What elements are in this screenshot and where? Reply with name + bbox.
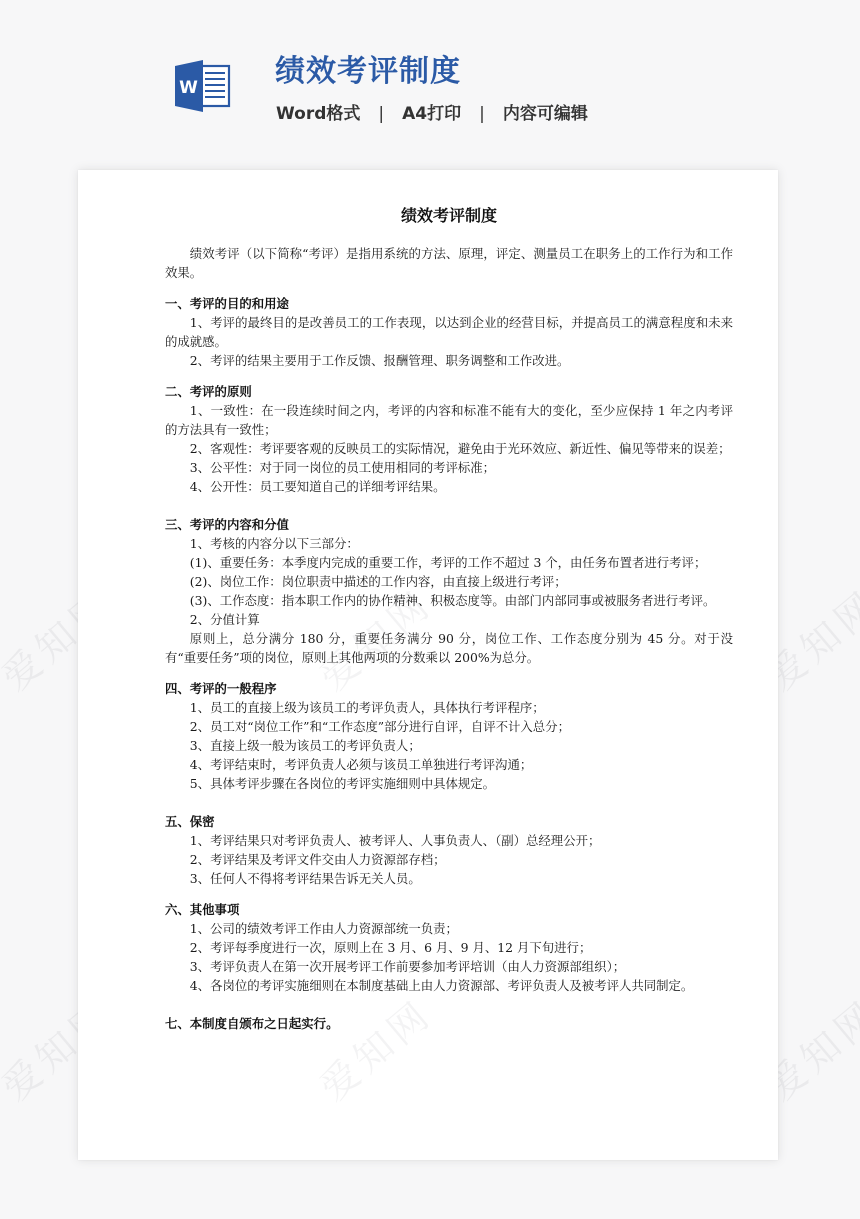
word-document-icon: W bbox=[175, 60, 231, 112]
list-item: 1、考评结果只对考评负责人、被考评人、人事负责人、（副）总经理公开； bbox=[165, 831, 733, 850]
list-item: 2、员工对“岗位工作”和“工作态度”部分进行自评，自评不计入总分； bbox=[165, 717, 733, 736]
list-item: 3、直接上级一般为该员工的考评负责人； bbox=[165, 736, 733, 755]
list-item: 4、各岗位的考评实施细则在本制度基础上由人力资源部、考评负责人及被考评人共同制定… bbox=[165, 976, 733, 995]
section-procedure: 四、考评的一般程序 1、员工的直接上级为该员工的考评负责人，具体执行考评程序； … bbox=[165, 679, 733, 793]
section-heading: 七、本制度自颁布之日起实行。 bbox=[165, 1014, 733, 1033]
list-item: 5、具体考评步骤在各岗位的考评实施细则中具体规定。 bbox=[165, 774, 733, 793]
section-heading: 六、其他事项 bbox=[165, 900, 733, 919]
banner-subtitle: Word格式 | A4打印 | 内容可编辑 bbox=[276, 100, 588, 128]
list-item: (2)、岗位工作：岗位职责中描述的工作内容，由直接上级进行考评； bbox=[165, 572, 733, 591]
banner-title: 绩效考评制度 bbox=[275, 52, 461, 92]
list-item: 1、一致性：在一段连续时间之内，考评的内容和标准不能有大的变化，至少应保持 1 … bbox=[165, 401, 733, 439]
list-item: 1、公司的绩效考评工作由人力资源部统一负责； bbox=[165, 919, 733, 938]
list-item: 4、考评结束时，考评负责人必须与该员工单独进行考评沟通； bbox=[165, 755, 733, 774]
svg-text:W: W bbox=[179, 78, 198, 98]
list-item: 原则上，总分满分 180 分，重要任务满分 90 分，岗位工作、工作态度分别为 … bbox=[165, 629, 733, 667]
intro-paragraph: 绩效考评（以下简称“考评）是指用系统的方法、原理，评定、测量员工在职务上的工作行… bbox=[165, 244, 733, 282]
list-item: 4、公开性：员工要知道自己的详细考评结果。 bbox=[165, 477, 733, 496]
list-item: 1、员工的直接上级为该员工的考评负责人，具体执行考评程序； bbox=[165, 698, 733, 717]
section-heading: 一、考评的目的和用途 bbox=[165, 294, 733, 313]
document-page: 爱知网 爱知网 绩效考评制度 绩效考评（以下简称“考评）是指用系统的方法、原理，… bbox=[78, 170, 778, 1160]
section-heading: 五、保密 bbox=[165, 812, 733, 831]
list-item: 2、客观性：考评要客观的反映员工的实际情况，避免由于光环效应、新近性、偏见等带来… bbox=[165, 439, 733, 458]
section-heading: 三、考评的内容和分值 bbox=[165, 515, 733, 534]
list-item: (3)、工作态度：指本职工作内的协作精神、积极态度等。由部门内部同事或被服务者进… bbox=[165, 591, 733, 610]
list-item: 2、考评的结果主要用于工作反馈、报酬管理、职务调整和工作改进。 bbox=[165, 351, 733, 370]
section-other: 六、其他事项 1、公司的绩效考评工作由人力资源部统一负责； 2、考评每季度进行一… bbox=[165, 900, 733, 995]
section-effective: 七、本制度自颁布之日起实行。 bbox=[165, 1014, 733, 1033]
list-item: 3、任何人不得将考评结果告诉无关人员。 bbox=[165, 869, 733, 888]
list-item: 1、考评的最终目的是改善员工的工作表现，以达到企业的经营目标，并提高员工的满意程… bbox=[165, 313, 733, 351]
list-item: 3、公平性：对于同一岗位的员工使用相同的考评标准； bbox=[165, 458, 733, 477]
section-purpose: 一、考评的目的和用途 1、考评的最终目的是改善员工的工作表现，以达到企业的经营目… bbox=[165, 294, 733, 370]
section-content-scores: 三、考评的内容和分值 1、考核的内容分以下三部分： (1)、重要任务：本季度内完… bbox=[165, 515, 733, 667]
separator: | bbox=[378, 100, 384, 128]
document-body: 绩效考评制度 绩效考评（以下简称“考评）是指用系统的方法、原理，评定、测量员工在… bbox=[165, 198, 733, 1033]
document-title: 绩效考评制度 bbox=[165, 202, 733, 230]
section-principles: 二、考评的原则 1、一致性：在一段连续时间之内，考评的内容和标准不能有大的变化，… bbox=[165, 382, 733, 496]
list-item: 3、考评负责人在第一次开展考评工作前要参加考评培训（由人力资源部组织）； bbox=[165, 957, 733, 976]
list-item: (1)、重要任务：本季度内完成的重要工作，考评的工作不超过 3 个，由任务布置者… bbox=[165, 553, 733, 572]
editable-label: 内容可编辑 bbox=[503, 100, 588, 128]
section-confidentiality: 五、保密 1、考评结果只对考评负责人、被考评人、人事负责人、（副）总经理公开； … bbox=[165, 812, 733, 888]
section-heading: 四、考评的一般程序 bbox=[165, 679, 733, 698]
print-label: A4打印 bbox=[402, 100, 461, 128]
list-item: 1、考核的内容分以下三部分： bbox=[165, 534, 733, 553]
header-banner: W 绩效考评制度 Word格式 | A4打印 | 内容可编辑 bbox=[0, 0, 860, 160]
format-label: Word格式 bbox=[276, 100, 360, 128]
list-item: 2、分值计算 bbox=[165, 610, 733, 629]
list-item: 2、考评每季度进行一次，原则上在 3 月、6 月、9 月、12 月下旬进行； bbox=[165, 938, 733, 957]
list-item: 2、考评结果及考评文件交由人力资源部存档； bbox=[165, 850, 733, 869]
section-heading: 二、考评的原则 bbox=[165, 382, 733, 401]
separator: | bbox=[479, 100, 485, 128]
